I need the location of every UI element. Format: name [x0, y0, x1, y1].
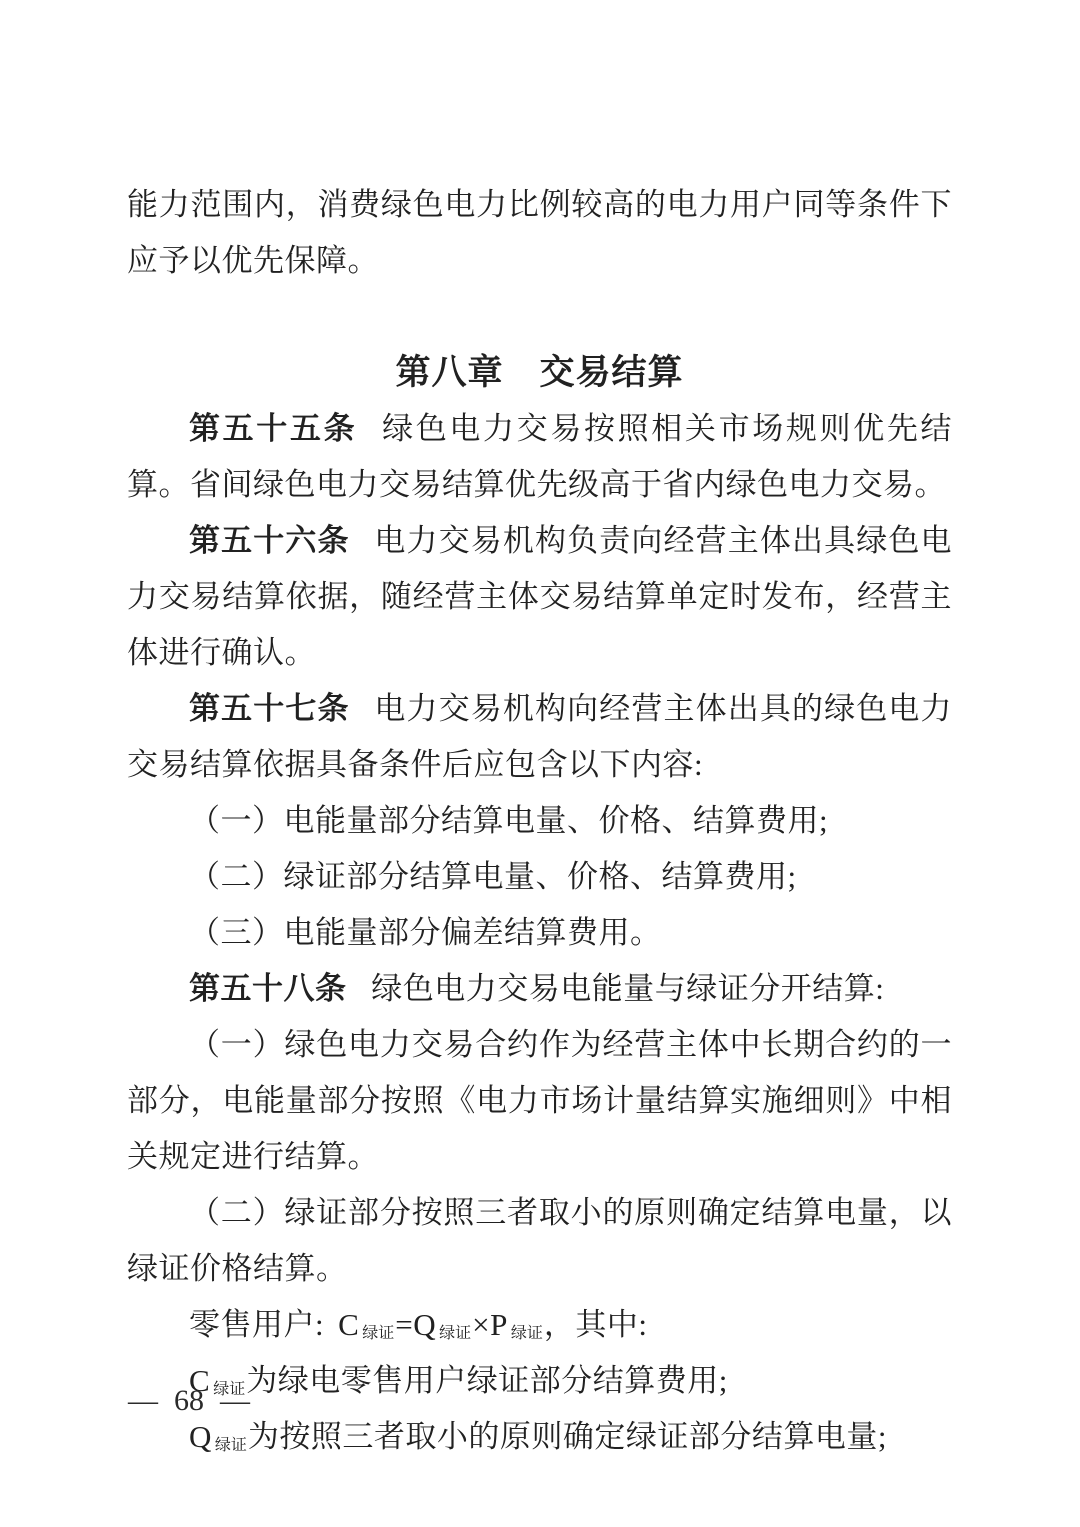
- footer-dash-right: —: [220, 1384, 250, 1417]
- definition-c-text: 为绿电零售用户绿证部分结算费用;: [246, 1363, 728, 1398]
- article-58-item-1: （一）绿色电力交易合约作为经营主体中长期合约的一部分，电能量部分按照《电力市场计…: [127, 1017, 952, 1185]
- definition-q-subscript: 绿证: [215, 1437, 247, 1454]
- item-58-2-text: （二）绿证部分按照三者取小的原则确定结算电量，以绿证价格结算。: [127, 1195, 952, 1286]
- item-3-text: （三）电能量部分偏差结算费用。: [189, 915, 662, 950]
- article-57: 第五十七条电力交易机构向经营主体出具的绿色电力交易结算依据具备条件后应包含以下内…: [127, 681, 952, 793]
- article-57-item-1: （一）电能量部分结算电量、价格、结算费用;: [127, 793, 952, 849]
- definition-c: C绿证为绿电零售用户绿证部分结算费用;: [127, 1353, 952, 1409]
- continuation-text: 能力范围内，消费绿色电力比例较高的电力用户同等条件下应予以优先保障。: [127, 187, 952, 278]
- article-58-text: 绿色电力交易电能量与绿证分开结算:: [371, 971, 884, 1006]
- article-57-item-3: （三）电能量部分偏差结算费用。: [127, 905, 952, 961]
- var-q: Q: [413, 1307, 436, 1342]
- times-sign: ×: [472, 1307, 490, 1342]
- article-57-number: 第五十七条: [189, 691, 350, 726]
- item-2-text: （二）绿证部分结算电量、价格、结算费用;: [189, 859, 797, 894]
- item-1-text: （一）电能量部分结算电量、价格、结算费用;: [189, 803, 828, 838]
- article-56-number: 第五十六条: [189, 523, 350, 558]
- article-57-item-2: （二）绿证部分结算电量、价格、结算费用;: [127, 849, 952, 905]
- definition-q-var: Q: [189, 1419, 212, 1454]
- formula-prefix: 零售用户:: [189, 1307, 324, 1342]
- retail-formula-line: 零售用户:C绿证=Q绿证×P绿证，其中:: [127, 1297, 952, 1353]
- definition-q-text: 为按照三者取小的原则确定绿证部分结算电量;: [248, 1419, 887, 1454]
- page-number: 68: [174, 1384, 204, 1417]
- page-content: 能力范围内，消费绿色电力比例较高的电力用户同等条件下应予以优先保障。 第八章 交…: [127, 177, 952, 1465]
- var-p: P: [490, 1307, 508, 1342]
- article-55-number: 第五十五条: [189, 411, 357, 446]
- equals-sign: =: [395, 1307, 413, 1342]
- formula-suffix: ，其中:: [544, 1307, 648, 1342]
- var-p-subscript: 绿证: [511, 1325, 543, 1342]
- var-q-subscript: 绿证: [439, 1325, 471, 1342]
- var-c: C: [338, 1307, 359, 1342]
- continuation-paragraph: 能力范围内，消费绿色电力比例较高的电力用户同等条件下应予以优先保障。: [127, 177, 952, 289]
- article-58-item-2: （二）绿证部分按照三者取小的原则确定结算电量，以绿证价格结算。: [127, 1185, 952, 1297]
- document-page: 能力范围内，消费绿色电力比例较高的电力用户同等条件下应予以优先保障。 第八章 交…: [0, 0, 1080, 1527]
- item-58-1-text: （一）绿色电力交易合约作为经营主体中长期合约的一部分，电能量部分按照《电力市场计…: [127, 1027, 952, 1174]
- var-c-subscript: 绿证: [362, 1325, 394, 1342]
- chapter-heading: 第八章 交易结算: [127, 345, 952, 401]
- article-55: 第五十五条绿色电力交易按照相关市场规则优先结算。省间绿色电力交易结算优先级高于省…: [127, 401, 952, 513]
- article-58-number: 第五十八条: [189, 971, 347, 1006]
- definition-q: Q绿证为按照三者取小的原则确定绿证部分结算电量;: [127, 1409, 952, 1465]
- article-58: 第五十八条绿色电力交易电能量与绿证分开结算:: [127, 961, 952, 1017]
- footer-dash-left: —: [128, 1384, 158, 1417]
- page-footer: —68—: [128, 1380, 250, 1422]
- article-56: 第五十六条电力交易机构负责向经营主体出具绿色电力交易结算依据，随经营主体交易结算…: [127, 513, 952, 681]
